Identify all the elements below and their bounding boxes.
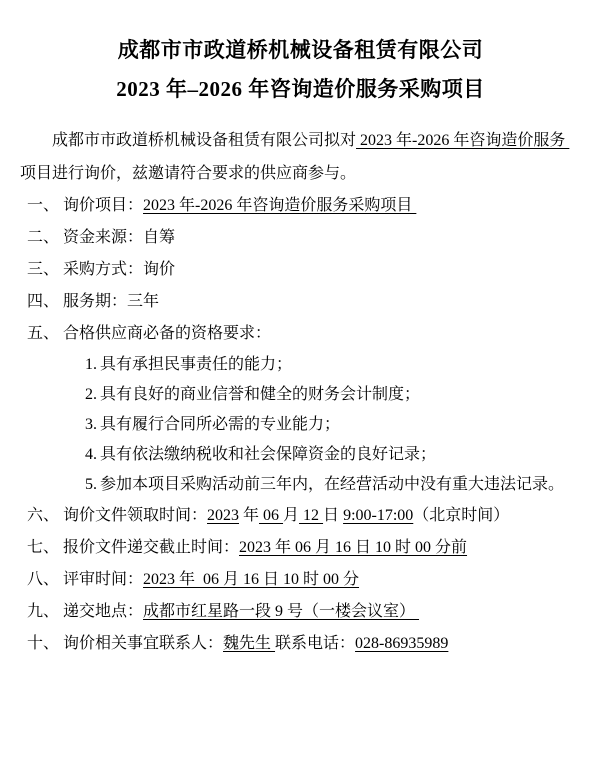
sub-item-number: 2. (85, 380, 97, 410)
intro-underlined-value: 2023 年-2026 年咨询造价服务 (356, 132, 569, 149)
item-text: 询价项目：2023 年-2026 年咨询造价服务采购项目 (63, 190, 581, 222)
item-number: 五、 (20, 318, 63, 350)
item-value: 月 (283, 507, 299, 524)
item-text: 合格供应商必备的资格要求： (63, 318, 581, 350)
sub-item-text: 具有承担民事责任的能力； (100, 350, 292, 380)
underlined-value: 9:00-17:00 (343, 507, 413, 524)
sub-item: 3.具有履行合同所必需的专业能力； (20, 410, 581, 440)
sub-item: 1.具有承担民事责任的能力； (20, 350, 581, 380)
numbered-item: 十、询价相关事宜联系人：魏先生 联系电话：028-86935989 (20, 628, 581, 660)
item-text: 询价文件领取时间：2023 年 06 月 12 日 9:00-17:00（北京时… (63, 500, 581, 532)
item-number: 九、 (20, 596, 63, 628)
item-value: 自筹 (143, 229, 175, 246)
item-line: 八、评审时间：2023 年 06 月 16 日 10 时 00 分 (20, 564, 581, 596)
numbered-item: 八、评审时间：2023 年 06 月 16 日 10 时 00 分 (20, 564, 581, 596)
numbered-item: 二、资金来源：自筹 (20, 222, 581, 254)
sub-item-text: 具有良好的商业信誉和健全的财务会计制度； (100, 380, 420, 410)
item-value: 联系电话： (275, 635, 355, 652)
item-label: 合格供应商必备的资格要求： (63, 325, 271, 342)
item-label: 采购方式： (63, 261, 143, 278)
numbered-item: 五、合格供应商必备的资格要求：1.具有承担民事责任的能力；2.具有良好的商业信誉… (20, 318, 581, 500)
item-text: 评审时间：2023 年 06 月 16 日 10 时 00 分 (63, 564, 581, 596)
sub-item: 5.参加本项目采购活动前三年内，在经营活动中没有重大违法记录。 (20, 470, 581, 500)
intro-paragraph: 成都市市政道桥机械设备租赁有限公司拟对 2023 年-2026 年咨询造价服务 … (20, 124, 581, 190)
sub-item-text: 参加本项目采购活动前三年内，在经营活动中没有重大违法记录。 (100, 470, 564, 500)
numbered-item: 三、采购方式：询价 (20, 254, 581, 286)
numbered-item: 九、递交地点：成都市红星路一段 9 号（一楼会议室） (20, 596, 581, 628)
item-line: 五、合格供应商必备的资格要求： (20, 318, 581, 350)
item-label: 询价相关事宜联系人： (63, 635, 223, 652)
sub-item-number: 3. (85, 410, 97, 440)
item-value: 年 (239, 507, 259, 524)
item-value: （北京时间） (413, 507, 509, 524)
item-line: 四、服务期：三年 (20, 286, 581, 318)
item-number: 七、 (20, 532, 63, 564)
sub-item-number: 4. (85, 440, 97, 470)
item-number: 八、 (20, 564, 63, 596)
item-line: 二、资金来源：自筹 (20, 222, 581, 254)
item-text: 报价文件递交截止时间：2023 年 06 月 16 日 10 时 00 分前 (63, 532, 581, 564)
intro-text-after: 项目进行询价，兹邀请符合要求的供应商参与。 (20, 165, 356, 182)
item-number: 六、 (20, 500, 63, 532)
sub-item-number: 1. (85, 350, 97, 380)
underlined-value: 2023 年 06 月 16 日 10 时 00 分 (143, 571, 359, 588)
underlined-value: 2023 年 06 月 16 日 10 时 00 分前 (239, 539, 467, 556)
item-text: 资金来源：自筹 (63, 222, 581, 254)
sub-item-list: 1.具有承担民事责任的能力；2.具有良好的商业信誉和健全的财务会计制度；3.具有… (20, 350, 581, 500)
sub-item: 4.具有依法缴纳税收和社会保障资金的良好记录； (20, 440, 581, 470)
item-line: 一、询价项目：2023 年-2026 年咨询造价服务采购项目 (20, 190, 581, 222)
numbered-item: 四、服务期：三年 (20, 286, 581, 318)
document-title: 成都市市政道桥机械设备租赁有限公司 2023 年–2026 年咨询造价服务采购项… (20, 31, 581, 109)
numbered-item: 七、报价文件递交截止时间：2023 年 06 月 16 日 10 时 00 分前 (20, 532, 581, 564)
item-number: 十、 (20, 628, 63, 660)
document-page: 成都市市政道桥机械设备租赁有限公司 2023 年–2026 年咨询造价服务采购项… (0, 0, 601, 774)
item-value: 三年 (127, 293, 159, 310)
item-number: 一、 (20, 190, 63, 222)
item-label: 报价文件递交截止时间： (63, 539, 239, 556)
numbered-item: 一、询价项目：2023 年-2026 年咨询造价服务采购项目 (20, 190, 581, 222)
intro-text-before: 成都市市政道桥机械设备租赁有限公司拟对 (52, 132, 356, 149)
item-label: 资金来源： (63, 229, 143, 246)
item-number: 三、 (20, 254, 63, 286)
numbered-item-list: 一、询价项目：2023 年-2026 年咨询造价服务采购项目 二、资金来源：自筹… (20, 190, 581, 660)
item-text: 递交地点：成都市红星路一段 9 号（一楼会议室） (63, 596, 581, 628)
item-text: 询价相关事宜联系人：魏先生 联系电话：028-86935989 (63, 628, 581, 660)
item-text: 服务期：三年 (63, 286, 581, 318)
item-number: 二、 (20, 222, 63, 254)
item-line: 七、报价文件递交截止时间：2023 年 06 月 16 日 10 时 00 分前 (20, 532, 581, 564)
item-label: 询价文件领取时间： (63, 507, 207, 524)
item-line: 三、采购方式：询价 (20, 254, 581, 286)
item-value: 日 (323, 507, 343, 524)
item-label: 询价项目： (63, 197, 143, 214)
numbered-item: 六、询价文件领取时间：2023 年 06 月 12 日 9:00-17:00（北… (20, 500, 581, 532)
underlined-value: 2023 (207, 507, 239, 524)
underlined-value: 成都市红星路一段 9 号（一楼会议室） (143, 603, 419, 620)
title-line-2: 2023 年–2026 年咨询造价服务采购项目 (20, 70, 581, 109)
item-number: 四、 (20, 286, 63, 318)
underlined-value: 028-86935989 (355, 635, 448, 652)
item-label: 递交地点： (63, 603, 143, 620)
item-label: 评审时间： (63, 571, 143, 588)
item-text: 采购方式：询价 (63, 254, 581, 286)
underlined-value: 12 (299, 507, 323, 524)
title-line-1: 成都市市政道桥机械设备租赁有限公司 (20, 31, 581, 70)
item-label: 服务期： (63, 293, 127, 310)
sub-item-text: 具有依法缴纳税收和社会保障资金的良好记录； (100, 440, 436, 470)
item-line: 九、递交地点：成都市红星路一段 9 号（一楼会议室） (20, 596, 581, 628)
item-line: 六、询价文件领取时间：2023 年 06 月 12 日 9:00-17:00（北… (20, 500, 581, 532)
item-line: 十、询价相关事宜联系人：魏先生 联系电话：028-86935989 (20, 628, 581, 660)
sub-item-number: 5. (85, 470, 97, 500)
underlined-value: 魏先生 (223, 635, 275, 652)
underlined-value: 2023 年-2026 年咨询造价服务采购项目 (143, 197, 416, 214)
sub-item-text: 具有履行合同所必需的专业能力； (100, 410, 340, 440)
item-value: 询价 (143, 261, 175, 278)
sub-item: 2.具有良好的商业信誉和健全的财务会计制度； (20, 380, 581, 410)
underlined-value: 06 (259, 507, 283, 524)
